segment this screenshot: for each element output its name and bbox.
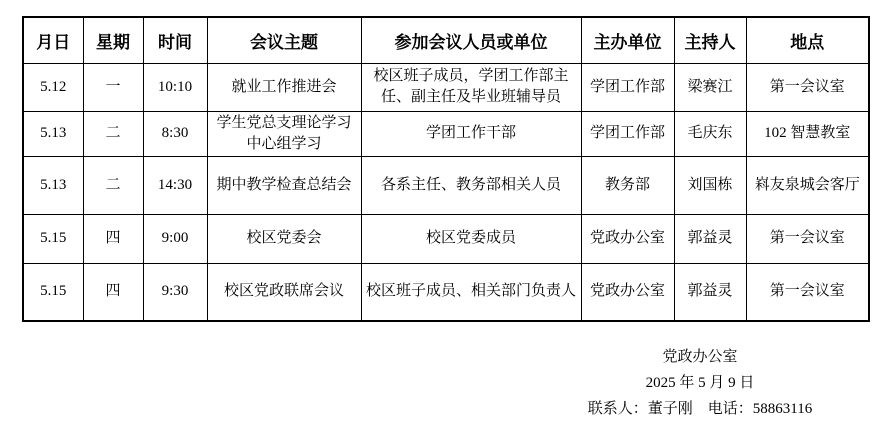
cell-host: 郭益灵 [674, 214, 746, 263]
cell-location: 102 智慧教室 [746, 111, 869, 156]
cell-organizer: 党政办公室 [581, 214, 674, 263]
cell-organizer: 学团工作部 [581, 111, 674, 156]
cell-topic: 校区党委会 [207, 214, 361, 263]
cell-weekday: 四 [83, 263, 143, 321]
cell-topic: 校区党政联席会议 [207, 263, 361, 321]
cell-date: 5.13 [23, 111, 83, 156]
cell-participants: 校区班子成员、相关部门负责人 [361, 263, 581, 321]
cell-location: 第一会议室 [746, 214, 869, 263]
cell-time: 9:30 [143, 263, 207, 321]
cell-date: 5.15 [23, 214, 83, 263]
cell-host: 梁赛江 [674, 63, 746, 111]
cell-time: 10:10 [143, 63, 207, 111]
table-row: 5.12 一 10:10 就业工作推进会 校区班子成员，学团工作部主 任、副主任… [23, 63, 869, 111]
col-header-date: 月日 [23, 17, 83, 63]
col-header-host: 主持人 [674, 17, 746, 63]
col-header-topic: 会议主题 [207, 17, 361, 63]
cell-weekday: 四 [83, 214, 143, 263]
cell-date: 5.12 [23, 63, 83, 111]
table-row: 5.13 二 14:30 期中教学检查总结会 各系主任、教务部相关人员 教务部 … [23, 156, 869, 214]
footer-signature: 党政办公室 [450, 344, 885, 370]
col-header-location: 地点 [746, 17, 869, 63]
table-row: 5.15 四 9:00 校区党委会 校区党委成员 党政办公室 郭益灵 第一会议室 [23, 214, 869, 263]
cell-time: 9:00 [143, 214, 207, 263]
cell-weekday: 一 [83, 63, 143, 111]
cell-location: 第一会议室 [746, 63, 869, 111]
cell-participants: 各系主任、教务部相关人员 [361, 156, 581, 214]
col-header-weekday: 星期 [83, 17, 143, 63]
cell-host: 毛庆东 [674, 111, 746, 156]
cell-participants: 校区党委成员 [361, 214, 581, 263]
cell-location: 第一会议室 [746, 263, 869, 321]
cell-date: 5.15 [23, 263, 83, 321]
cell-host: 郭益灵 [674, 263, 746, 321]
table-row: 5.13 二 8:30 学生党总支理论学习 中心组学习 学团工作干部 学团工作部… [23, 111, 869, 156]
col-header-participants: 参加会议人员或单位 [361, 17, 581, 63]
cell-time: 14:30 [143, 156, 207, 214]
col-header-time: 时间 [143, 17, 207, 63]
meeting-schedule-table: 月日 星期 时间 会议主题 参加会议人员或单位 主办单位 主持人 地点 5.12… [22, 16, 870, 322]
footer-block: 党政办公室 2025 年 5 月 9 日 联系人：董子刚 电话：58863116 [450, 344, 885, 422]
cell-topic: 就业工作推进会 [207, 63, 361, 111]
table-header-row: 月日 星期 时间 会议主题 参加会议人员或单位 主办单位 主持人 地点 [23, 17, 869, 63]
cell-host: 刘国栋 [674, 156, 746, 214]
cell-weekday: 二 [83, 111, 143, 156]
cell-organizer: 党政办公室 [581, 263, 674, 321]
cell-topic: 期中教学检查总结会 [207, 156, 361, 214]
footer-contact: 联系人：董子刚 电话：58863116 [450, 396, 885, 422]
table-row: 5.15 四 9:30 校区党政联席会议 校区班子成员、相关部门负责人 党政办公… [23, 263, 869, 321]
cell-location: 嵙友泉城会客厅 [746, 156, 869, 214]
footer-date: 2025 年 5 月 9 日 [450, 370, 885, 396]
cell-participants: 学团工作干部 [361, 111, 581, 156]
col-header-organizer: 主办单位 [581, 17, 674, 63]
cell-organizer: 教务部 [581, 156, 674, 214]
cell-weekday: 二 [83, 156, 143, 214]
cell-participants: 校区班子成员，学团工作部主 任、副主任及毕业班辅导员 [361, 63, 581, 111]
cell-topic: 学生党总支理论学习 中心组学习 [207, 111, 361, 156]
cell-organizer: 学团工作部 [581, 63, 674, 111]
cell-time: 8:30 [143, 111, 207, 156]
cell-date: 5.13 [23, 156, 83, 214]
